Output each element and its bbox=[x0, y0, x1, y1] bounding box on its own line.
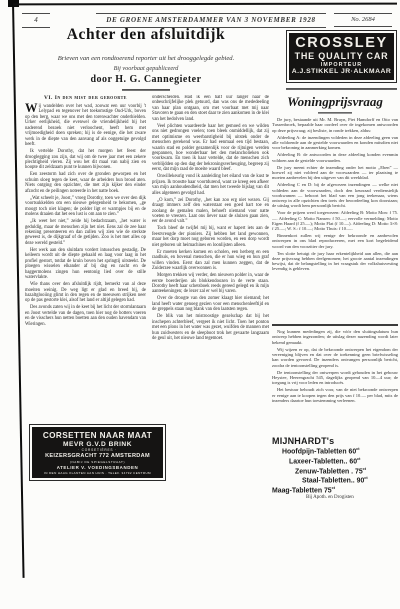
mijnhardt-product-row: Zenuw-Tabletten . 75ct bbox=[295, 466, 398, 476]
paragraph: Wij wandelden over het wad, zoowat een u… bbox=[25, 104, 146, 148]
corsetten-ad-footer: IN DEN HAAG KLANTEN AAN HUIS · TELEF. 34… bbox=[34, 471, 161, 475]
paragraph: Afdeeling C en D: bij de afgewezen inzen… bbox=[272, 182, 398, 208]
corsetten-ad-title: CORSETTEN NAAR MAAT bbox=[34, 431, 161, 440]
corsetten-ad-address: KEIZERSGRACHT 772 AMSTERDAM bbox=[34, 453, 161, 459]
paragraph: Des avonds zaten wij in de keet bij het … bbox=[25, 305, 146, 327]
right-column: CROSSLEY THE QUALITY CAR IMPORTEUR A.J.S… bbox=[272, 30, 398, 500]
price-unit: ct bbox=[364, 476, 367, 480]
section-divider-rule bbox=[272, 324, 398, 326]
heading-rule bbox=[318, 112, 352, 114]
paragraph: Wie thans over den afsluitdijk rijdt, be… bbox=[25, 282, 146, 304]
paragraph: Veel plichten waardeerde haar het gemoed… bbox=[152, 124, 269, 173]
paragraph: Wij wijzen er op, dat de bekroonde ontwe… bbox=[272, 347, 398, 368]
newspaper-page: 4 DE GROENE AMSTERDAMMER VAN 3 NOVEMBER … bbox=[0, 0, 400, 609]
paragraph: Nog kunnen mededingen zij, die vóór den … bbox=[272, 329, 398, 345]
paragraph: Afdeeling B: de antwoorden in deze afdee… bbox=[272, 152, 398, 162]
paragraph: Een zeestorm had zich over de gronden ge… bbox=[25, 172, 146, 194]
price-unit: ct bbox=[332, 486, 335, 490]
corsetten-ad: CORSETTEN NAAR MAAT MEVR G.V.D BRINK · C… bbox=[29, 424, 166, 481]
paragraph: Onwillekeurig vond ik aanleiding het eil… bbox=[152, 174, 269, 196]
scan-top-border bbox=[13, 3, 397, 6]
paragraph: „O kom,” zei Dorothy, „het kan zoo erg n… bbox=[152, 198, 269, 225]
paragraph: De jury meent echter de inzending onder … bbox=[272, 165, 398, 181]
corsetten-ad-location-note: (NABIJ DE SPIEGELSTRAAT) bbox=[34, 460, 161, 464]
price-unit: ct bbox=[357, 457, 360, 461]
mijnhardt-ad-footer: Bij Apoth. en Drogisten bbox=[306, 495, 398, 500]
paragraph: Ten slotte betuigt de jury haar erkentel… bbox=[272, 251, 398, 272]
chapter-heading: VI. In den mist der geboorte bbox=[25, 95, 146, 101]
corsetten-ad-atelier: ATELIER V. VOEDINGSBANDEN bbox=[34, 465, 161, 470]
paragraph: Ik vertelde Dorothy, dat het morgen het … bbox=[25, 149, 146, 171]
woningprijsvraag-section-2: Nog kunnen mededingen zij, die vóór den … bbox=[272, 329, 398, 432]
mijnhardt-ad: MIJNHARDT's Hoofdpijn-Tabletten 60ct Lax… bbox=[272, 436, 398, 500]
paragraph: De blik van het mistroostige gezelschap … bbox=[152, 314, 269, 341]
paragraph: De jury, bestaande uit Mr. M. Bruyn, Pie… bbox=[272, 117, 398, 133]
issue-number: No. 2684 bbox=[334, 13, 392, 27]
paragraph: Er moeten kerken komen en scholen, een h… bbox=[152, 250, 269, 272]
mijnhardt-product-row: Staal-Tabletten.. 90ct bbox=[302, 475, 398, 485]
mijnhardt-product-row: Hoofdpijn-Tabletten 60ct bbox=[282, 446, 398, 456]
crossley-ad-brand: CROSSLEY bbox=[290, 36, 393, 51]
crossley-ad-slogan: THE QUALITY CAR bbox=[290, 51, 393, 61]
article-byline: door H. G. Cannegieter bbox=[15, 74, 277, 85]
woningprijsvraag-section-1: De jury, bestaande uit Mr. M. Bruyn, Pie… bbox=[272, 117, 398, 322]
article-subtitle-2: Bij voorbaat gepubliceerd bbox=[15, 65, 277, 72]
mijnhardt-product-row: Laxeer-Tabletten.. 60ct bbox=[289, 456, 398, 466]
paragraph: Het bestuur behoudt zich voor, van de ni… bbox=[272, 387, 398, 403]
scan-left-border bbox=[12, 2, 25, 578]
byline-rule bbox=[122, 89, 170, 91]
corsetten-ad-role: · CORSETIÈRES · bbox=[34, 448, 161, 452]
crossley-ad: CROSSLEY THE QUALITY CAR IMPORTEUR A.J.S… bbox=[286, 30, 397, 83]
mijnhardt-product-row: Maag-Tabletten 75ct bbox=[272, 485, 398, 495]
paragraph: „Wat scheelt je, Joost,” vroeg Dorothy, … bbox=[25, 196, 146, 218]
article-subtitle: Brieven van een rondtoerend reporter uit… bbox=[15, 55, 277, 62]
woningprijsvraag-heading: Woningprijsvraag bbox=[272, 94, 398, 110]
article-column-2: onderscheiden. Had ik een half uur lange… bbox=[152, 95, 269, 492]
paragraph: Het werk aan den sluitdam vordert intuss… bbox=[25, 248, 146, 281]
paragraph: „Ik weet het niet,” zeide hij bedachtzaa… bbox=[25, 219, 146, 246]
paragraph: De tentoonstelling der ontwerpen wordt g… bbox=[272, 370, 398, 386]
corsetten-ad-name: MEVR G.V.D BRINK bbox=[34, 441, 161, 448]
price-unit: ct bbox=[356, 447, 359, 451]
paragraph: Morgen trekken wij verder, den nieuwen p… bbox=[152, 273, 269, 295]
column-divider-rule bbox=[286, 88, 397, 91]
crossley-ad-importer-name: A.J.STIKKEL JR·ALKMAAR bbox=[290, 68, 393, 76]
paragraph: Voor de prijzen werd toegewezen: Afdeeli… bbox=[272, 210, 398, 231]
paragraph: Over de droogte van den zomer klaagt hie… bbox=[152, 296, 269, 312]
drop-cap: W bbox=[25, 104, 39, 114]
article-title: Achter den afsluitdijk bbox=[15, 26, 277, 44]
paragraph: Toch bleef de twijfel mij bij, want er h… bbox=[152, 226, 269, 248]
paragraph: onderscheiden. Had ik een half uur lange… bbox=[152, 95, 269, 122]
mijnhardt-ad-brand: MIJNHARDT's bbox=[272, 436, 398, 446]
paragraph: Binnenkort zullen wij eenige der bekroon… bbox=[272, 233, 398, 249]
article-column-1: VI. In den mist der geboorte Wij wandeld… bbox=[25, 95, 146, 421]
price-unit: ct bbox=[363, 467, 366, 471]
paragraph: Afdeeling A: de inzendingen voldeden in … bbox=[272, 135, 398, 151]
